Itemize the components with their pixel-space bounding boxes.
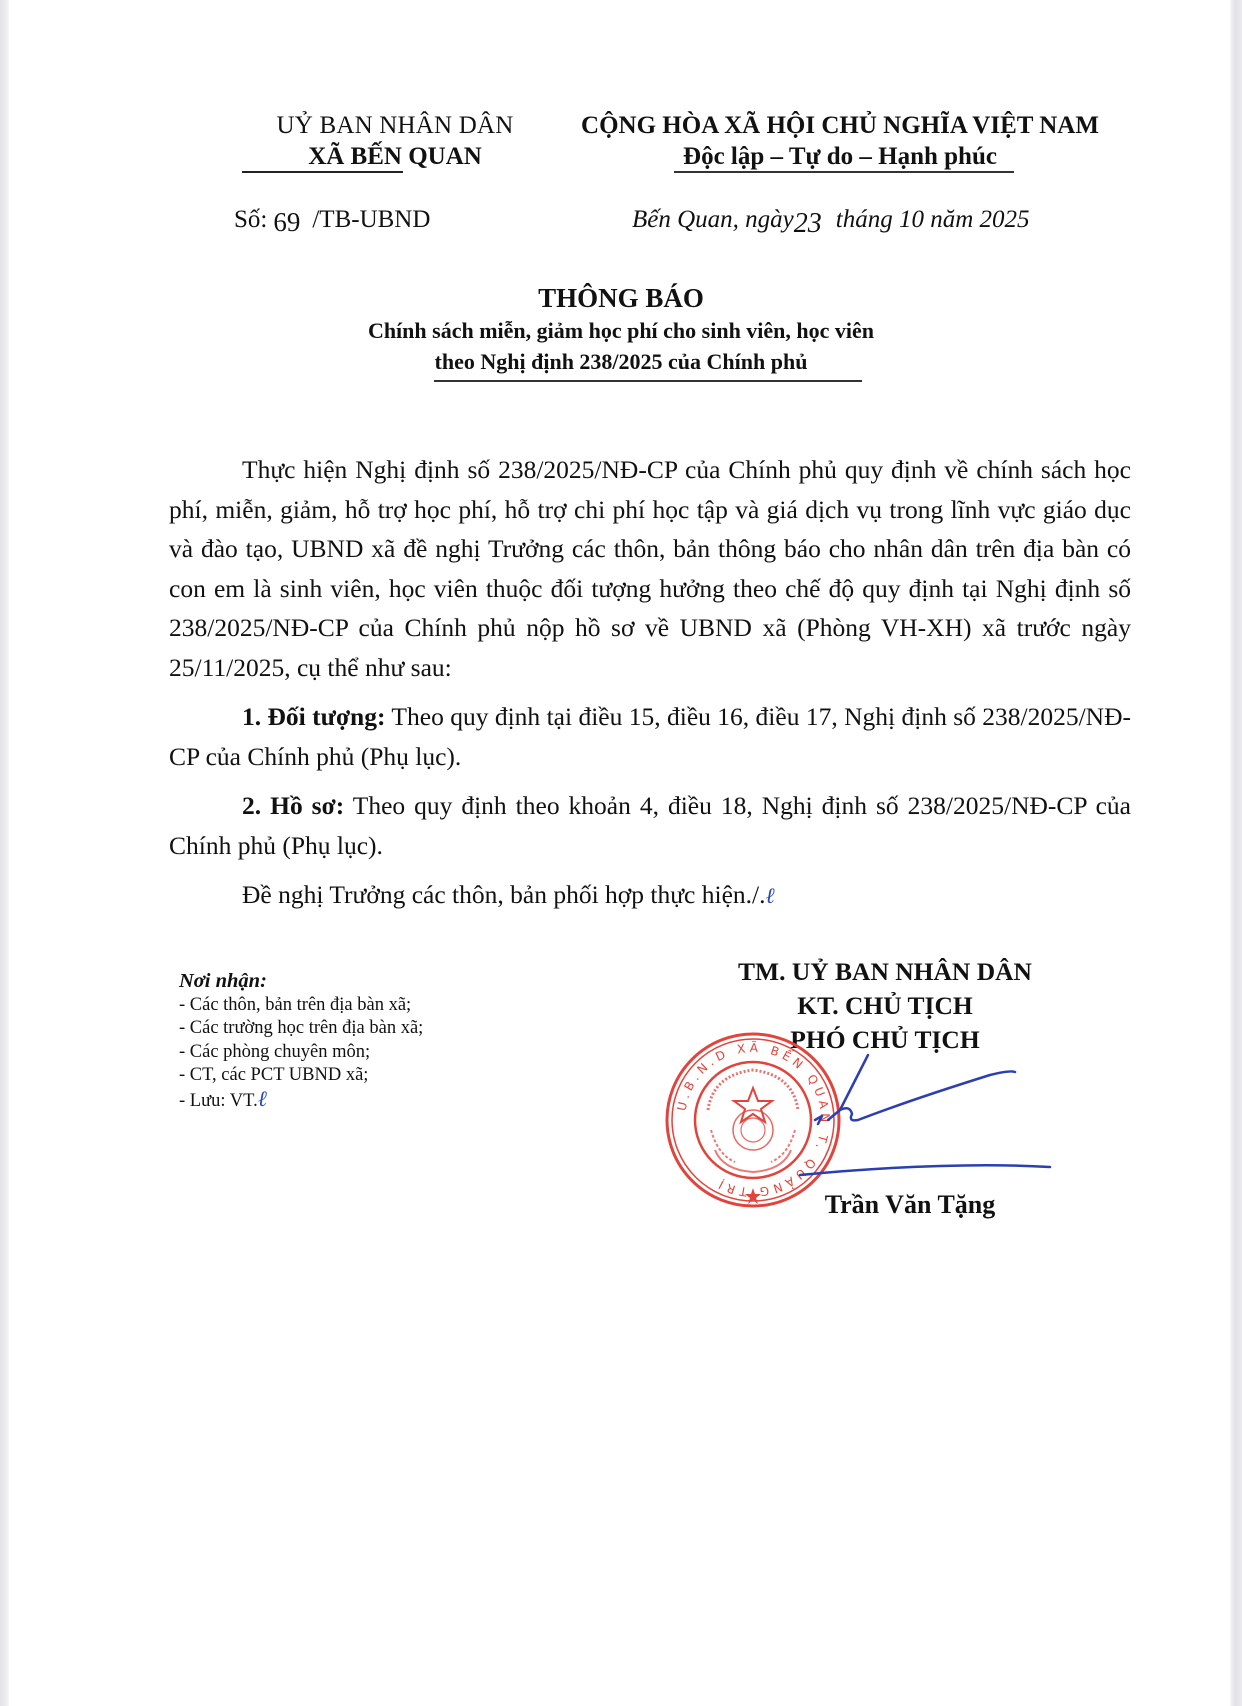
document-body: Thực hiện Nghị định số 238/2025/NĐ-CP củ… bbox=[169, 450, 1131, 917]
recipient-item: - Lưu: VT.ℓ bbox=[179, 1088, 423, 1114]
document-number-suffix: /TB-UBND bbox=[312, 206, 430, 233]
body-item-2: 2. Hồ sơ: Theo quy định theo khoản 4, đi… bbox=[169, 786, 1131, 865]
recipients-heading: Nơi nhận: bbox=[179, 970, 423, 994]
body-intro: Thực hiện Nghị định số 238/2025/NĐ-CP củ… bbox=[169, 450, 1131, 687]
item-2-label: 2. Hồ sơ: bbox=[242, 791, 344, 820]
initial-mark-icon: ℓ bbox=[258, 1087, 267, 1112]
document-subtitle-line1: Chính sách miễn, giảm học phí cho sinh v… bbox=[0, 318, 1242, 344]
initial-mark-icon: ℓ bbox=[765, 884, 774, 909]
date-place: Bến Quan, ngày bbox=[632, 206, 794, 233]
motto-underline bbox=[674, 171, 1014, 173]
page-edge-right bbox=[1230, 0, 1242, 1706]
handwritten-signature-icon bbox=[740, 1050, 1060, 1180]
date-day: 23 bbox=[794, 208, 822, 240]
document-number-prefix: Số: bbox=[234, 206, 267, 233]
body-closing: Đề nghị Trưởng các thôn, bản phối hợp th… bbox=[169, 875, 1131, 917]
recipient-item: - Các thôn, bản trên địa bàn xã; bbox=[179, 994, 423, 1018]
national-motto: Độc lập – Tự do – Hạnh phúc bbox=[545, 141, 1135, 172]
item-1-label: 1. Đối tượng: bbox=[242, 702, 386, 731]
date-rest: tháng 10 năm 2025 bbox=[836, 206, 1030, 233]
document-number-value: 69 bbox=[273, 207, 300, 238]
national-title: CỘNG HÒA XÃ HỘI CHỦ NGHĨA VIỆT NAM bbox=[545, 110, 1135, 141]
recipients-block: Nơi nhận: - Các thôn, bản trên địa bàn x… bbox=[179, 970, 423, 1113]
title-underline bbox=[434, 380, 862, 382]
signer-name: Trần Văn Tặng bbox=[740, 1190, 1080, 1220]
recipient-item: - Các phòng chuyên môn; bbox=[179, 1041, 423, 1065]
document-subtitle-line2: theo Nghị định 238/2025 của Chính phủ bbox=[0, 349, 1242, 375]
page-edge-left bbox=[0, 0, 9, 1706]
body-item-1: 1. Đối tượng: Theo quy định tại điều 15,… bbox=[169, 697, 1131, 776]
document-number: Số:69/TB-UBND bbox=[234, 203, 430, 234]
document-title: THÔNG BÁO bbox=[0, 283, 1242, 314]
signature-line-1: TM. UỶ BAN NHÂN DÂN bbox=[660, 955, 1110, 989]
recipient-item-text: - Lưu: VT. bbox=[179, 1091, 258, 1111]
national-header: CỘNG HÒA XÃ HỘI CHỦ NGHĨA VIỆT NAM Độc l… bbox=[545, 110, 1135, 172]
signature-line-2: KT. CHỦ TỊCH bbox=[660, 989, 1110, 1023]
recipient-item: - CT, các PCT UBND xã; bbox=[179, 1064, 423, 1088]
closing-text: Đề nghị Trưởng các thôn, bản phối hợp th… bbox=[242, 880, 765, 909]
issuer-underline bbox=[242, 171, 403, 173]
recipient-item: - Các trường học trên địa bàn xã; bbox=[179, 1017, 423, 1041]
document-date: Bến Quan, ngày23tháng 10 năm 2025 bbox=[632, 203, 1030, 235]
